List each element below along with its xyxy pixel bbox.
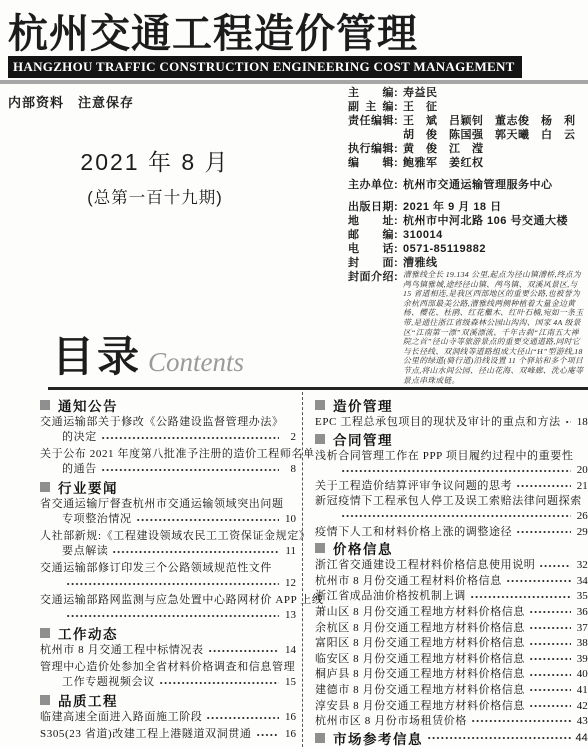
toc-entry: 浅析合同管理工作在 PPP 项目履约过程中的重要性20 <box>315 449 588 478</box>
toc-entry-text: 杭州市 8 月交通工程中标情况表 <box>40 643 204 658</box>
issue-block: 2021 年 8 月 (总第一百十九期) <box>20 144 290 208</box>
page-number: 26 <box>575 509 588 524</box>
editorial-colon: : <box>394 100 403 114</box>
page-number: 20 <box>575 463 588 478</box>
toc-entry-line: 杭州市区 8 月份市场租赁价格43 <box>315 714 588 729</box>
editorial-row: 主办单位:杭州市交通运输管理服务中心 <box>348 178 586 192</box>
dot-leader <box>470 591 571 602</box>
toc-section-title: 合同管理 <box>333 429 393 449</box>
dot-leader <box>529 654 571 665</box>
dot-leader <box>529 622 571 633</box>
toc-entry-line: 13 <box>40 608 296 623</box>
editorial-row: 出版日期:2021 年 9 月 18 日 <box>348 200 586 214</box>
toc-entry-line: 管理中心造价处参加全省材料价格调查和信息管理 <box>40 660 296 675</box>
toc-entry-text: 省交通运输厅督查杭州市交通运输领域突出问题 <box>40 498 284 510</box>
toc-section-heading: 品质工程 <box>40 692 296 708</box>
toc-entry-line: 省交通运输厅督查杭州市交通运输领域突出问题 <box>40 497 296 512</box>
toc-entry: 富阳区 8 月份交通工程地方材料价格信息38 <box>315 636 588 651</box>
editorial-value: 王 斌 吕颖钊 董志俊 杨 利 <box>403 114 586 128</box>
toc-section-title: 价格信息 <box>333 538 393 558</box>
toc-entry-line: 临安区 8 月份交通工程地方材料价格信息39 <box>315 652 588 667</box>
toc-entry: 新冠疫情下工程承包人停工及误工索赔法律问题探索26 <box>315 494 588 523</box>
toc-entry-text: 建德市 8 月份交通工程地方材料价格信息 <box>315 683 525 698</box>
toc-section-heading: 造价管理 <box>315 397 588 413</box>
toc-entry-text: 浅析合同管理工作在 PPP 项目履约过程中的重要性 <box>315 450 573 462</box>
page-number: 43 <box>575 714 588 729</box>
toc-entry-text: 专项整治情况 <box>62 512 132 527</box>
internal-note: 内部资料 注意保存 <box>8 92 134 111</box>
toc-entry-line: 余杭区 8 月份交通工程地方材料价格信息37 <box>315 621 588 636</box>
section-marker-icon <box>315 434 325 444</box>
editorial-value: 杭州市中河北路 106 号交通大楼 <box>403 214 586 228</box>
editorial-row: 编辑:鲍雅军 姜红权 <box>348 156 586 170</box>
section-marker-icon <box>40 482 50 492</box>
page-number: 38 <box>575 636 588 651</box>
dot-leader <box>256 729 280 740</box>
editorial-colon: : <box>394 178 403 192</box>
dot-leader <box>506 576 571 587</box>
toc-entry-text: 萧山区 8 月份交通工程地方材料价格信息 <box>315 605 525 620</box>
dot-leader <box>112 546 279 557</box>
editorial-row: 责任编辑:王 斌 吕颖钊 董志俊 杨 利 <box>348 114 586 128</box>
editorial-row: 主编:寿益民 <box>348 86 586 100</box>
toc-entry: 交通运输部关于修改《公路建设监督管理办法》的决定2 <box>40 415 296 445</box>
toc-entry-line: 20 <box>315 463 588 478</box>
toc-section-title: 品质工程 <box>58 690 118 710</box>
toc-section-title: 通知公告 <box>58 395 118 415</box>
toc-entry-text: 要点解读 <box>62 544 108 559</box>
editorial-label: 封面 <box>348 256 394 270</box>
toc-entry: 淳安县 8 月份交通工程地方材料价格信息42 <box>315 699 588 714</box>
dot-leader <box>516 526 571 537</box>
toc-entry-line: 交通运输部关于修改《公路建设监督管理办法》 <box>40 415 296 430</box>
toc-entry-text: 人社部新规:《工程建设领域农民工工资保证金规定》 <box>40 530 310 542</box>
page-number: 40 <box>575 667 588 682</box>
editorial-value: 2021 年 9 月 18 日 <box>403 200 586 214</box>
toc-section-heading: 价格信息 <box>315 540 588 556</box>
editorial-label: 封面介绍 <box>348 270 394 284</box>
editorial-value: 鲍雅军 姜红权 <box>403 156 586 170</box>
dot-leader <box>66 610 279 621</box>
toc-title-english: Contents <box>148 347 244 378</box>
toc-entry-text: 关于工程造价结算评审争议问题的思考 <box>315 479 512 494</box>
issue-date: 2021 年 8 月 <box>20 144 290 177</box>
toc-entry-line: 26 <box>315 509 588 524</box>
editorial-label: 副主编 <box>348 100 394 114</box>
toc-section-heading: 市场参考信息44 <box>315 730 588 746</box>
editorial-colon: : <box>394 256 403 270</box>
issue-number: (总第一百十九期) <box>20 184 290 208</box>
dot-leader <box>66 578 279 589</box>
page-number: 16 <box>283 710 296 725</box>
toc-entry: 桐庐县 8 月份交通工程地方材料价格信息40 <box>315 667 588 682</box>
dot-leader <box>565 417 571 428</box>
dot-leader <box>101 432 279 443</box>
toc-entry: 省交通运输厅督查杭州市交通运输领域突出问题专项整治情况10 <box>40 497 296 527</box>
editorial-row: 电话:0571-85119882 <box>348 242 586 256</box>
toc-section-title: 市场参考信息 <box>333 728 423 747</box>
toc-entry: 关于公布 2021 年度第八批准予注册的造价工程师名单的通告8 <box>40 447 296 477</box>
toc-entry: S305(23 省道)改建工程上港隧道双洞贯通16 <box>40 727 296 742</box>
toc-section-heading: 合同管理 <box>315 431 588 447</box>
section-marker-icon <box>40 628 50 638</box>
toc-left-column: 通知公告交通运输部关于修改《公路建设监督管理办法》的决定2关于公布 2021 年… <box>0 392 302 747</box>
dot-leader <box>516 481 571 492</box>
toc-entry-line: 新冠疫情下工程承包人停工及误工索赔法律问题探索 <box>315 494 588 509</box>
toc-body: 通知公告交通运输部关于修改《公路建设监督管理办法》的决定2关于公布 2021 年… <box>0 392 588 747</box>
toc-entry: 交通运输部修订印发三个公路领域规范性文件12 <box>40 561 296 591</box>
toc-entry-line: 关于公布 2021 年度第八批准予注册的造价工程师名单 <box>40 447 296 462</box>
toc-entry-text: 交通运输部关于修改《公路建设监督管理办法》 <box>40 416 284 428</box>
toc-title: 目录 <box>52 324 142 384</box>
dot-leader <box>341 465 571 476</box>
dot-leader <box>529 700 571 711</box>
dot-leader <box>529 607 571 618</box>
section-marker-icon <box>40 400 50 410</box>
editorial-label: 主编 <box>348 86 394 100</box>
page-number: 37 <box>575 621 588 636</box>
page-title: 杭州交通工程造价管理 <box>8 2 418 59</box>
toc-entry-text: 浙江省交通建设工程材料价格信息使用说明 <box>315 558 535 573</box>
toc-entry-line: 浅析合同管理工作在 PPP 项目履约过程中的重要性 <box>315 449 588 464</box>
editorial-colon: : <box>394 114 403 128</box>
editorial-colon: : <box>394 242 403 256</box>
toc-entry: EPC 工程总承包项目的现状及审计的重点和方法18 <box>315 415 588 430</box>
page-number: 15 <box>283 675 296 690</box>
toc-entry-line: S305(23 省道)改建工程上港隧道双洞贯通16 <box>40 727 296 742</box>
editorial-label: 出版日期 <box>348 200 394 214</box>
dot-leader <box>471 716 571 727</box>
editorial-colon: : <box>394 214 403 228</box>
toc-divider <box>48 387 588 390</box>
section-marker-icon <box>315 400 325 410</box>
toc-entry: 杭州市 8 月份交通工程材料价格信息34 <box>315 574 588 589</box>
editorial-value: 漕雅线 <box>403 256 586 270</box>
dot-leader <box>341 511 571 522</box>
page-number: 41 <box>575 683 588 698</box>
toc-entry-text: 的通告 <box>62 462 97 477</box>
toc-entry-text: 淳安县 8 月份交通工程地方材料价格信息 <box>315 699 525 714</box>
dot-leader <box>539 560 570 571</box>
toc-entry: 临安区 8 月份交通工程地方材料价格信息39 <box>315 652 588 667</box>
toc-entry-text: 富阳区 8 月份交通工程地方材料价格信息 <box>315 636 525 651</box>
dot-leader <box>529 638 571 649</box>
page-number: 39 <box>575 652 588 667</box>
toc-entry-text: 余杭区 8 月份交通工程地方材料价格信息 <box>315 621 525 636</box>
editorial-value: 0571-85119882 <box>403 242 586 256</box>
editorial-colon: : <box>394 156 403 170</box>
page-number: 2 <box>283 430 296 445</box>
toc-entry-line: 关于工程造价结算评审争议问题的思考21 <box>315 479 588 494</box>
toc-entry-line: 交通运输部路网监测与应急处置中心路网材价 APP 上线 <box>40 593 296 608</box>
toc-section-title: 行业要闻 <box>58 477 118 497</box>
editorial-label: 邮编 <box>348 228 394 242</box>
page-number: 16 <box>283 727 296 742</box>
toc-right-column: 造价管理EPC 工程总承包项目的现状及审计的重点和方法18合同管理浅析合同管理工… <box>302 392 588 747</box>
page-number: 8 <box>283 462 296 477</box>
editorial-label: 电话 <box>348 242 394 256</box>
toc-entry-line: EPC 工程总承包项目的现状及审计的重点和方法18 <box>315 415 588 430</box>
editorial-colon: : <box>394 270 403 284</box>
page-number: 18 <box>575 415 588 430</box>
toc-entry-text: 疫情下人工和材料价格上涨的调整途径 <box>315 525 512 540</box>
dot-leader <box>206 712 279 723</box>
editorial-label: 地址 <box>348 214 394 228</box>
toc-header: 目录 Contents <box>52 324 244 384</box>
toc-entry: 人社部新规:《工程建设领域农民工工资保证金规定》要点解读11 <box>40 529 296 559</box>
editorial-row: 封面:漕雅线 <box>348 256 586 270</box>
section-marker-icon <box>315 733 325 743</box>
toc-section-heading: 工作动态 <box>40 625 296 641</box>
toc-entry-text: 交通运输部路网监测与应急处置中心路网材价 APP 上线 <box>40 594 323 606</box>
section-marker-icon <box>40 695 50 705</box>
toc-entry-line: 要点解读11 <box>40 544 296 559</box>
dot-leader <box>101 464 279 475</box>
editorial-row: 胡 俊 陈国强 郭天曦 白 云 <box>348 128 586 142</box>
page-number: 44 <box>575 732 588 744</box>
toc-section-heading: 通知公告 <box>40 397 296 413</box>
page-number: 29 <box>575 525 588 540</box>
editorial-colon: : <box>394 228 403 242</box>
toc-entry: 交通运输部路网监测与应急处置中心路网材价 APP 上线13 <box>40 593 296 623</box>
editorial-label: 执行编辑 <box>348 142 394 156</box>
dot-leader <box>208 645 279 656</box>
page-title-english-bar: HANGZHOU TRAFFIC CONSTRUCTION ENGINEERIN… <box>8 56 522 78</box>
page-number: 10 <box>283 512 296 527</box>
toc-entry-text: 桐庐县 8 月份交通工程地方材料价格信息 <box>315 667 525 682</box>
toc-entry-line: 桐庐县 8 月份交通工程地方材料价格信息40 <box>315 667 588 682</box>
toc-entry-line: 淳安县 8 月份交通工程地方材料价格信息42 <box>315 699 588 714</box>
toc-entry-text: 的决定 <box>62 430 97 445</box>
editorial-value: 黄 俊 江 滢 <box>403 142 586 156</box>
toc-entry: 杭州市 8 月交通工程中标情况表14 <box>40 643 296 658</box>
toc-entry-line: 的通告8 <box>40 462 296 477</box>
editorial-row: 邮编:310014 <box>348 228 586 242</box>
toc-entry-text: 杭州市区 8 月份市场租赁价格 <box>315 714 467 729</box>
toc-entry-text: 新冠疫情下工程承包人停工及误工索赔法律问题探索 <box>315 495 582 507</box>
editorial-value: 寿益民 <box>403 86 586 100</box>
editorial-label: 编辑 <box>348 156 394 170</box>
editorial-row: 封面介绍:漕雅线全长 19.134 公里,起点为径山镇漕桥,终点为鸬鸟镇雅城,途… <box>348 270 586 385</box>
toc-entry-text: 临建高速全面进入路面施工阶段 <box>40 710 202 725</box>
editorial-label: 主办单位 <box>348 178 394 192</box>
toc-entry-line: 疫情下人工和材料价格上涨的调整途径29 <box>315 525 588 540</box>
toc-entry-text: 杭州市 8 月份交通工程材料价格信息 <box>315 574 502 589</box>
toc-entry: 临建高速全面进入路面施工阶段16 <box>40 710 296 725</box>
dot-leader <box>529 685 571 696</box>
toc-entry-line: 专项整治情况10 <box>40 512 296 527</box>
toc-entry: 余杭区 8 月份交通工程地方材料价格信息37 <box>315 621 588 636</box>
dot-leader <box>136 514 279 525</box>
editorial-colon: : <box>394 200 403 214</box>
info-zone: 内部资料 注意保存 2021 年 8 月 (总第一百十九期) 主编:寿益民副主编… <box>0 86 588 392</box>
toc-entry-line: 浙江省成品油价格按机制上调35 <box>315 589 588 604</box>
toc-entry: 杭州市区 8 月份市场租赁价格43 <box>315 714 588 729</box>
page-number: 36 <box>575 605 588 620</box>
toc-entry-line: 建德市 8 月份交通工程地方材料价格信息41 <box>315 683 588 698</box>
toc-entry-line: 杭州市 8 月份交通工程材料价格信息34 <box>315 574 588 589</box>
toc-entry-line: 交通运输部修订印发三个公路领域规范性文件 <box>40 561 296 576</box>
toc-section-title: 工作动态 <box>58 623 118 643</box>
editorial-value: 310014 <box>403 228 586 242</box>
toc-entry-line: 的决定2 <box>40 430 296 445</box>
toc-entry-text: 浙江省成品油价格按机制上调 <box>315 589 466 604</box>
toc-entry: 管理中心造价处参加全省材料价格调查和信息管理工作专题视频会议15 <box>40 660 296 690</box>
toc-entry-line: 杭州市 8 月交通工程中标情况表14 <box>40 643 296 658</box>
toc-entry-line: 萧山区 8 月份交通工程地方材料价格信息36 <box>315 605 588 620</box>
masthead-divider <box>0 80 588 84</box>
page-number: 35 <box>575 589 588 604</box>
toc-section-heading: 行业要闻 <box>40 479 296 495</box>
page-number: 34 <box>575 574 588 589</box>
toc-entry-text: 交通运输部修订印发三个公路领域规范性文件 <box>40 562 272 574</box>
editorial-info: 主编:寿益民副主编:王 征责任编辑:王 斌 吕颖钊 董志俊 杨 利胡 俊 陈国强… <box>348 86 586 385</box>
toc-entry-line: 富阳区 8 月份交通工程地方材料价格信息38 <box>315 636 588 651</box>
toc-entry-line: 临建高速全面进入路面施工阶段16 <box>40 710 296 725</box>
toc-entry-line: 工作专题视频会议15 <box>40 675 296 690</box>
editorial-row: 副主编:王 征 <box>348 100 586 114</box>
editorial-label: 责任编辑 <box>348 114 394 128</box>
toc-entry: 建德市 8 月份交通工程地方材料价格信息41 <box>315 683 588 698</box>
toc-entry-text: EPC 工程总承包项目的现状及审计的重点和方法 <box>315 415 561 430</box>
toc-entry-text: 工作专题视频会议 <box>62 675 155 690</box>
editorial-colon: : <box>394 86 403 100</box>
editorial-row: 执行编辑:黄 俊 江 滢 <box>348 142 586 156</box>
page-number: 12 <box>283 576 296 591</box>
editorial-colon: : <box>394 142 403 156</box>
toc-entry: 浙江省成品油价格按机制上调35 <box>315 589 588 604</box>
toc-entry-text: 关于公布 2021 年度第八批准予注册的造价工程师名单 <box>40 448 315 460</box>
dot-leader <box>159 677 279 688</box>
page-number: 32 <box>575 558 588 573</box>
editorial-value: 杭州市交通运输管理服务中心 <box>403 178 586 192</box>
toc-entry: 萧山区 8 月份交通工程地方材料价格信息36 <box>315 605 588 620</box>
toc-entry-text: 管理中心造价处参加全省材料价格调查和信息管理 <box>40 661 295 673</box>
dot-leader <box>529 669 571 680</box>
toc-entry-line: 12 <box>40 576 296 591</box>
toc-entry: 关于工程造价结算评审争议问题的思考21 <box>315 479 588 494</box>
editorial-value: 王 征 <box>403 100 586 114</box>
page-number: 21 <box>575 479 588 494</box>
toc-section-title: 造价管理 <box>333 395 393 415</box>
page-number: 14 <box>283 643 296 658</box>
section-marker-icon <box>315 543 325 553</box>
toc-entry-line: 人社部新规:《工程建设领域农民工工资保证金规定》 <box>40 529 296 544</box>
page-number: 13 <box>283 608 296 623</box>
editorial-value: 胡 俊 陈国强 郭天曦 白 云 <box>403 128 586 142</box>
page-number: 11 <box>283 544 296 559</box>
toc-entry-text: 临安区 8 月份交通工程地方材料价格信息 <box>315 652 525 667</box>
toc-entry-line: 浙江省交通建设工程材料价格信息使用说明32 <box>315 558 588 573</box>
magazine-cover-page: 杭州交通工程造价管理 HANGZHOU TRAFFIC CONSTRUCTION… <box>0 0 588 747</box>
dot-leader <box>427 732 571 743</box>
page-number: 42 <box>575 699 588 714</box>
toc-entry-text: S305(23 省道)改建工程上港隧道双洞贯通 <box>40 727 252 742</box>
toc-entry: 浙江省交通建设工程材料价格信息使用说明32 <box>315 558 588 573</box>
editorial-value: 漕雅线全长 19.134 公里,起点为径山镇漕桥,终点为鸬鸟镇雅城,途经径山镇、… <box>403 270 586 385</box>
editorial-row: 地址:杭州市中河北路 106 号交通大楼 <box>348 214 586 228</box>
toc-entry: 疫情下人工和材料价格上涨的调整途径29 <box>315 525 588 540</box>
